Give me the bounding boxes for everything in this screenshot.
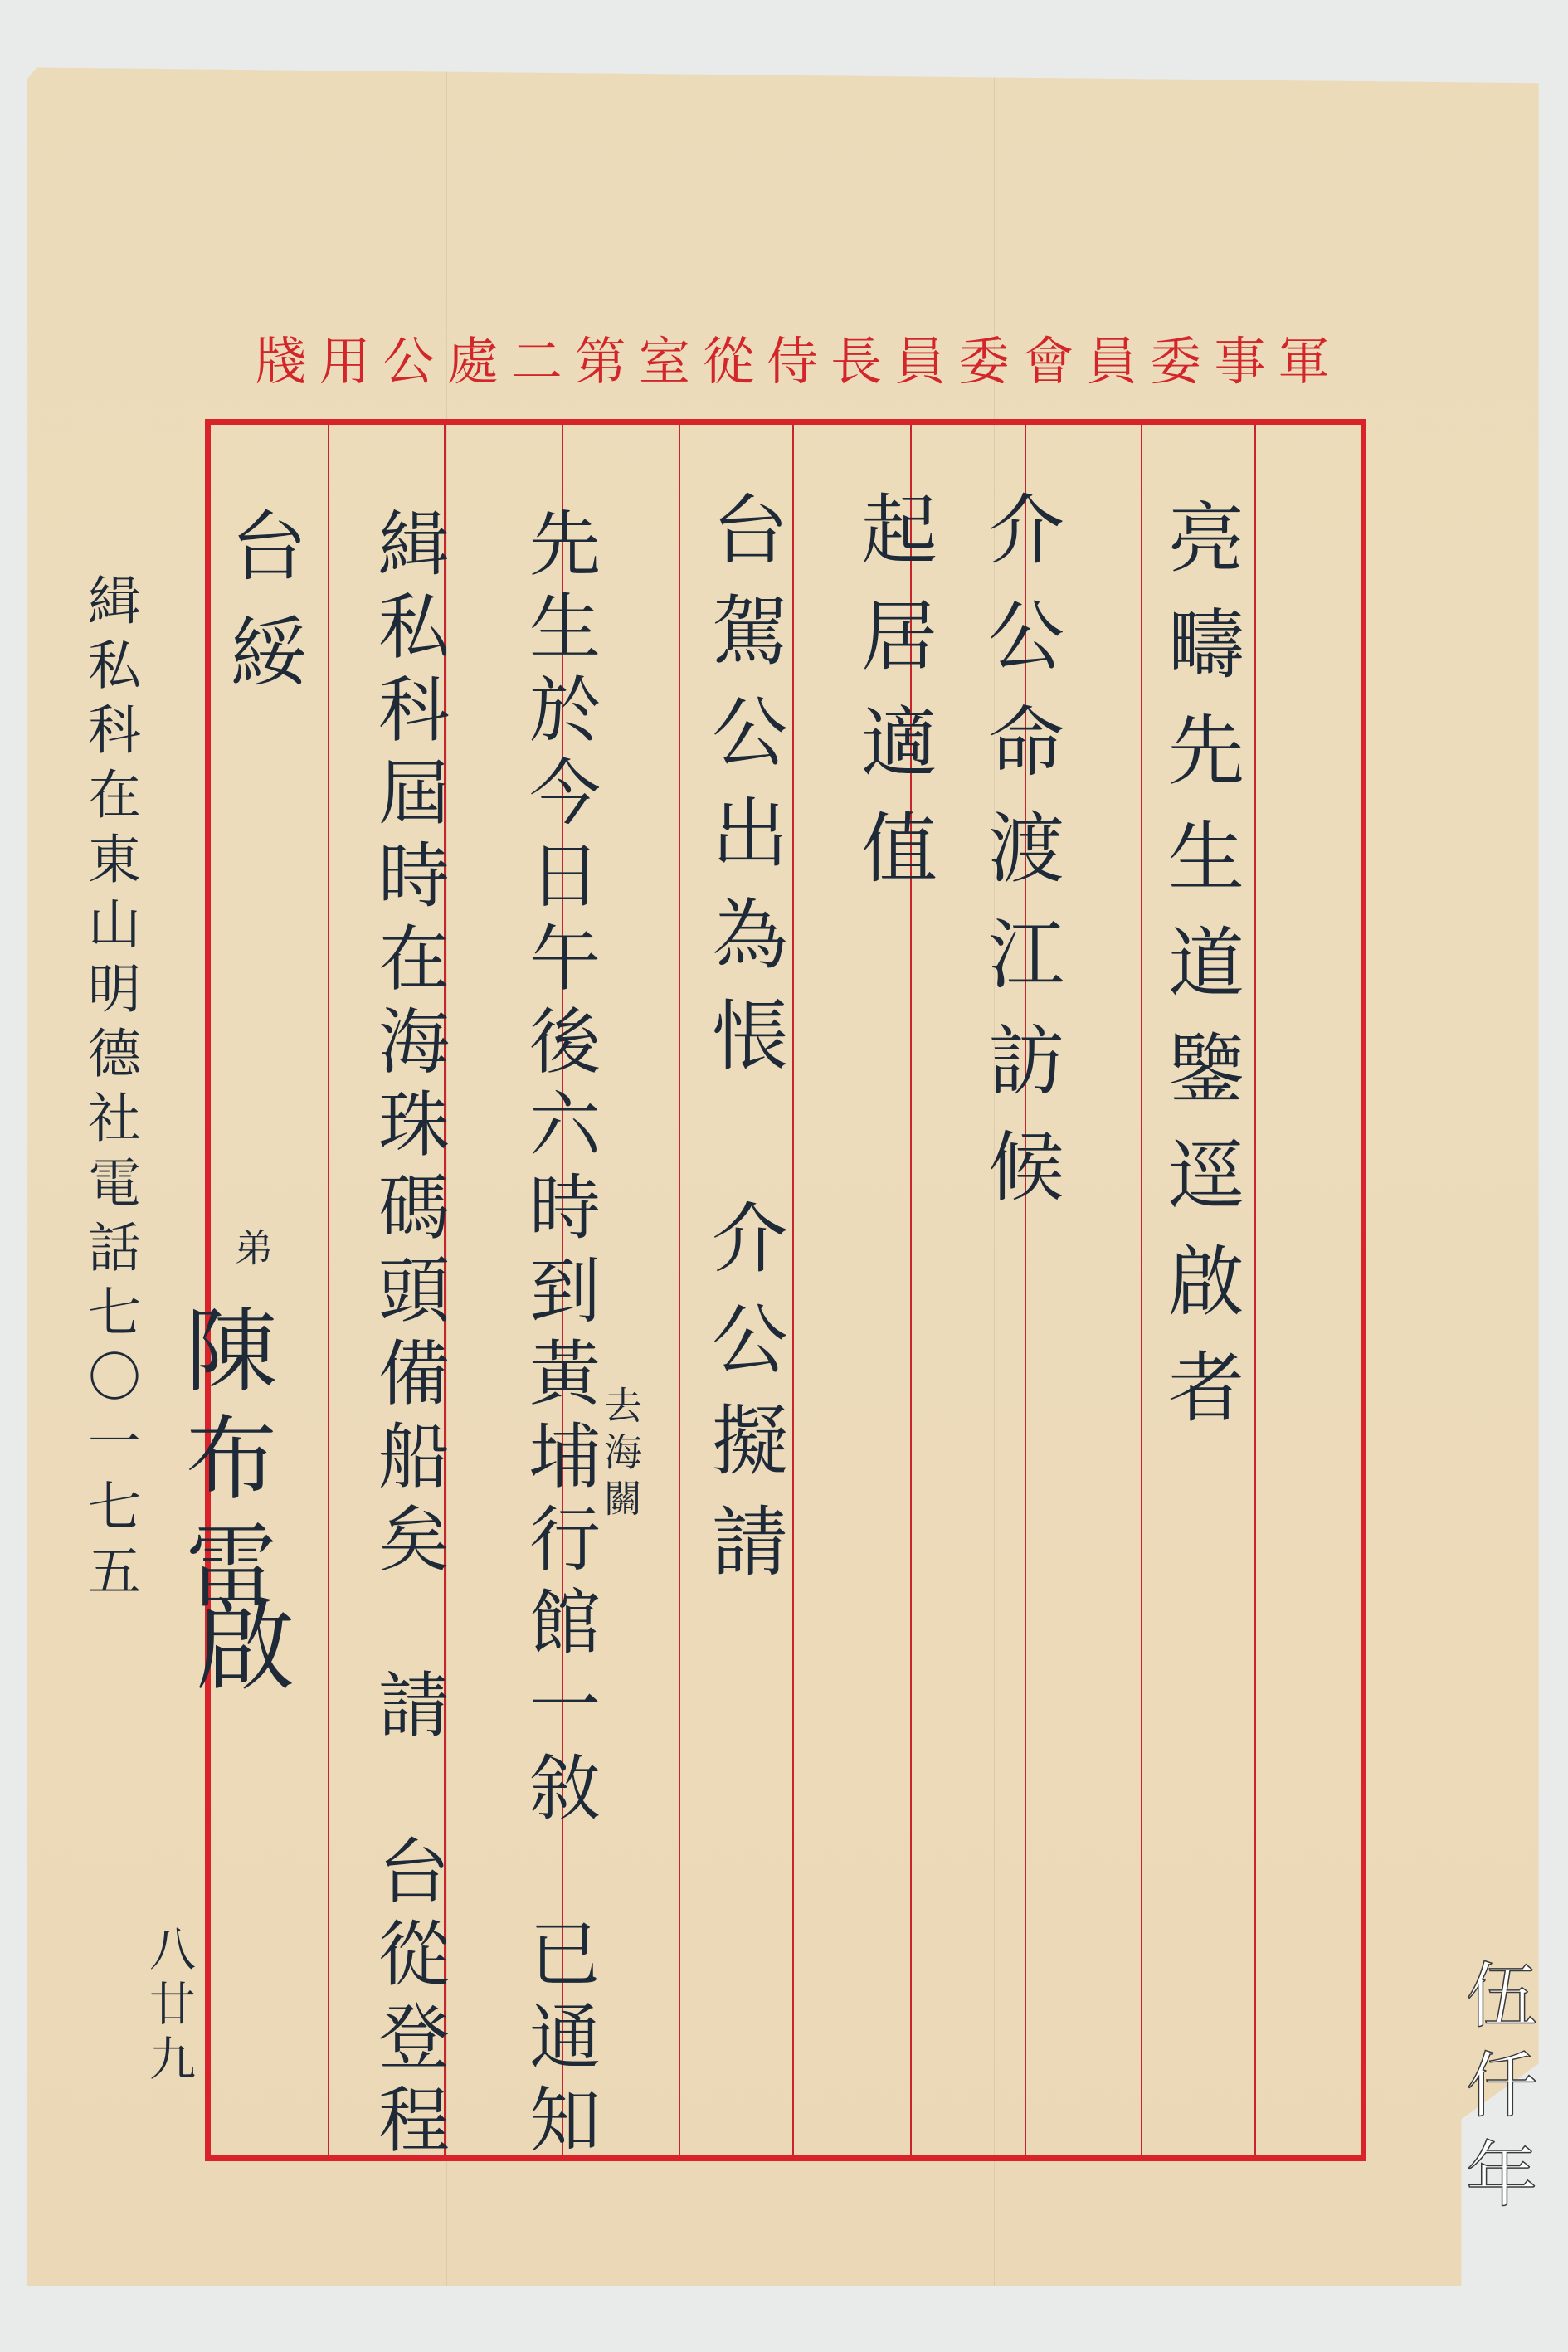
column-rule [328,425,329,2155]
letterhead-char: 軍 [1272,320,1336,394]
body-column-6: 緝私科屆時在海珠碼頭備船矣 請 台從登程 [372,506,443,2165]
interlinear-note: 去海關 [601,1385,640,1525]
body-column-4: 台駕公出為悵 介公擬請 [705,489,782,1603]
letterhead-char: 會 [1016,320,1080,394]
signature-date: 八廿九 [145,1925,192,2089]
letterhead-char: 從 [696,320,760,394]
signature-prefix: 弟 [232,1228,270,1274]
signature-closing: 啟 [187,1593,286,1722]
body-column-2: 介公命渡江訪候 [981,489,1058,1233]
letterhead: 牋 用 公 處 二 第 室 從 侍 長 員 委 會 員 委 事 軍 [249,319,1336,394]
letterhead-char: 室 [632,320,696,394]
body-column-7-closing: 台綏 [224,506,300,718]
letterhead-char: 用 [313,320,377,394]
watermark: 伍仟年 [1444,1958,1546,2227]
body-column-1: 亮疇先生道鑒逕啟者 [1161,498,1238,1454]
signature-name: 陳布雷 [178,1303,270,1626]
column-rule [792,425,794,2155]
column-rule [679,425,680,2155]
letterhead-char: 長 [825,320,889,394]
letterhead-char: 事 [1208,320,1272,394]
body-column-3: 起居適值 [855,489,931,914]
column-rule [1254,425,1256,2155]
letterhead-char: 第 [568,320,632,394]
letterhead-char: 公 [377,320,441,394]
letterhead-char: 員 [1080,320,1144,394]
letterhead-char: 員 [889,320,952,394]
letterhead-char: 處 [441,320,504,394]
letterhead-char: 牋 [249,320,313,394]
letterhead-char: 二 [504,320,568,394]
letterhead-char: 侍 [761,320,825,394]
body-column-5: 先生於今日午後六時到黃埔行館一敘 已通知 [523,506,594,2165]
column-rule [1141,425,1142,2155]
letterhead-char: 委 [1144,320,1208,394]
margin-note: 緝私科在東山明德社電話七〇一七五 [83,572,136,1608]
letterhead-char: 委 [952,320,1016,394]
